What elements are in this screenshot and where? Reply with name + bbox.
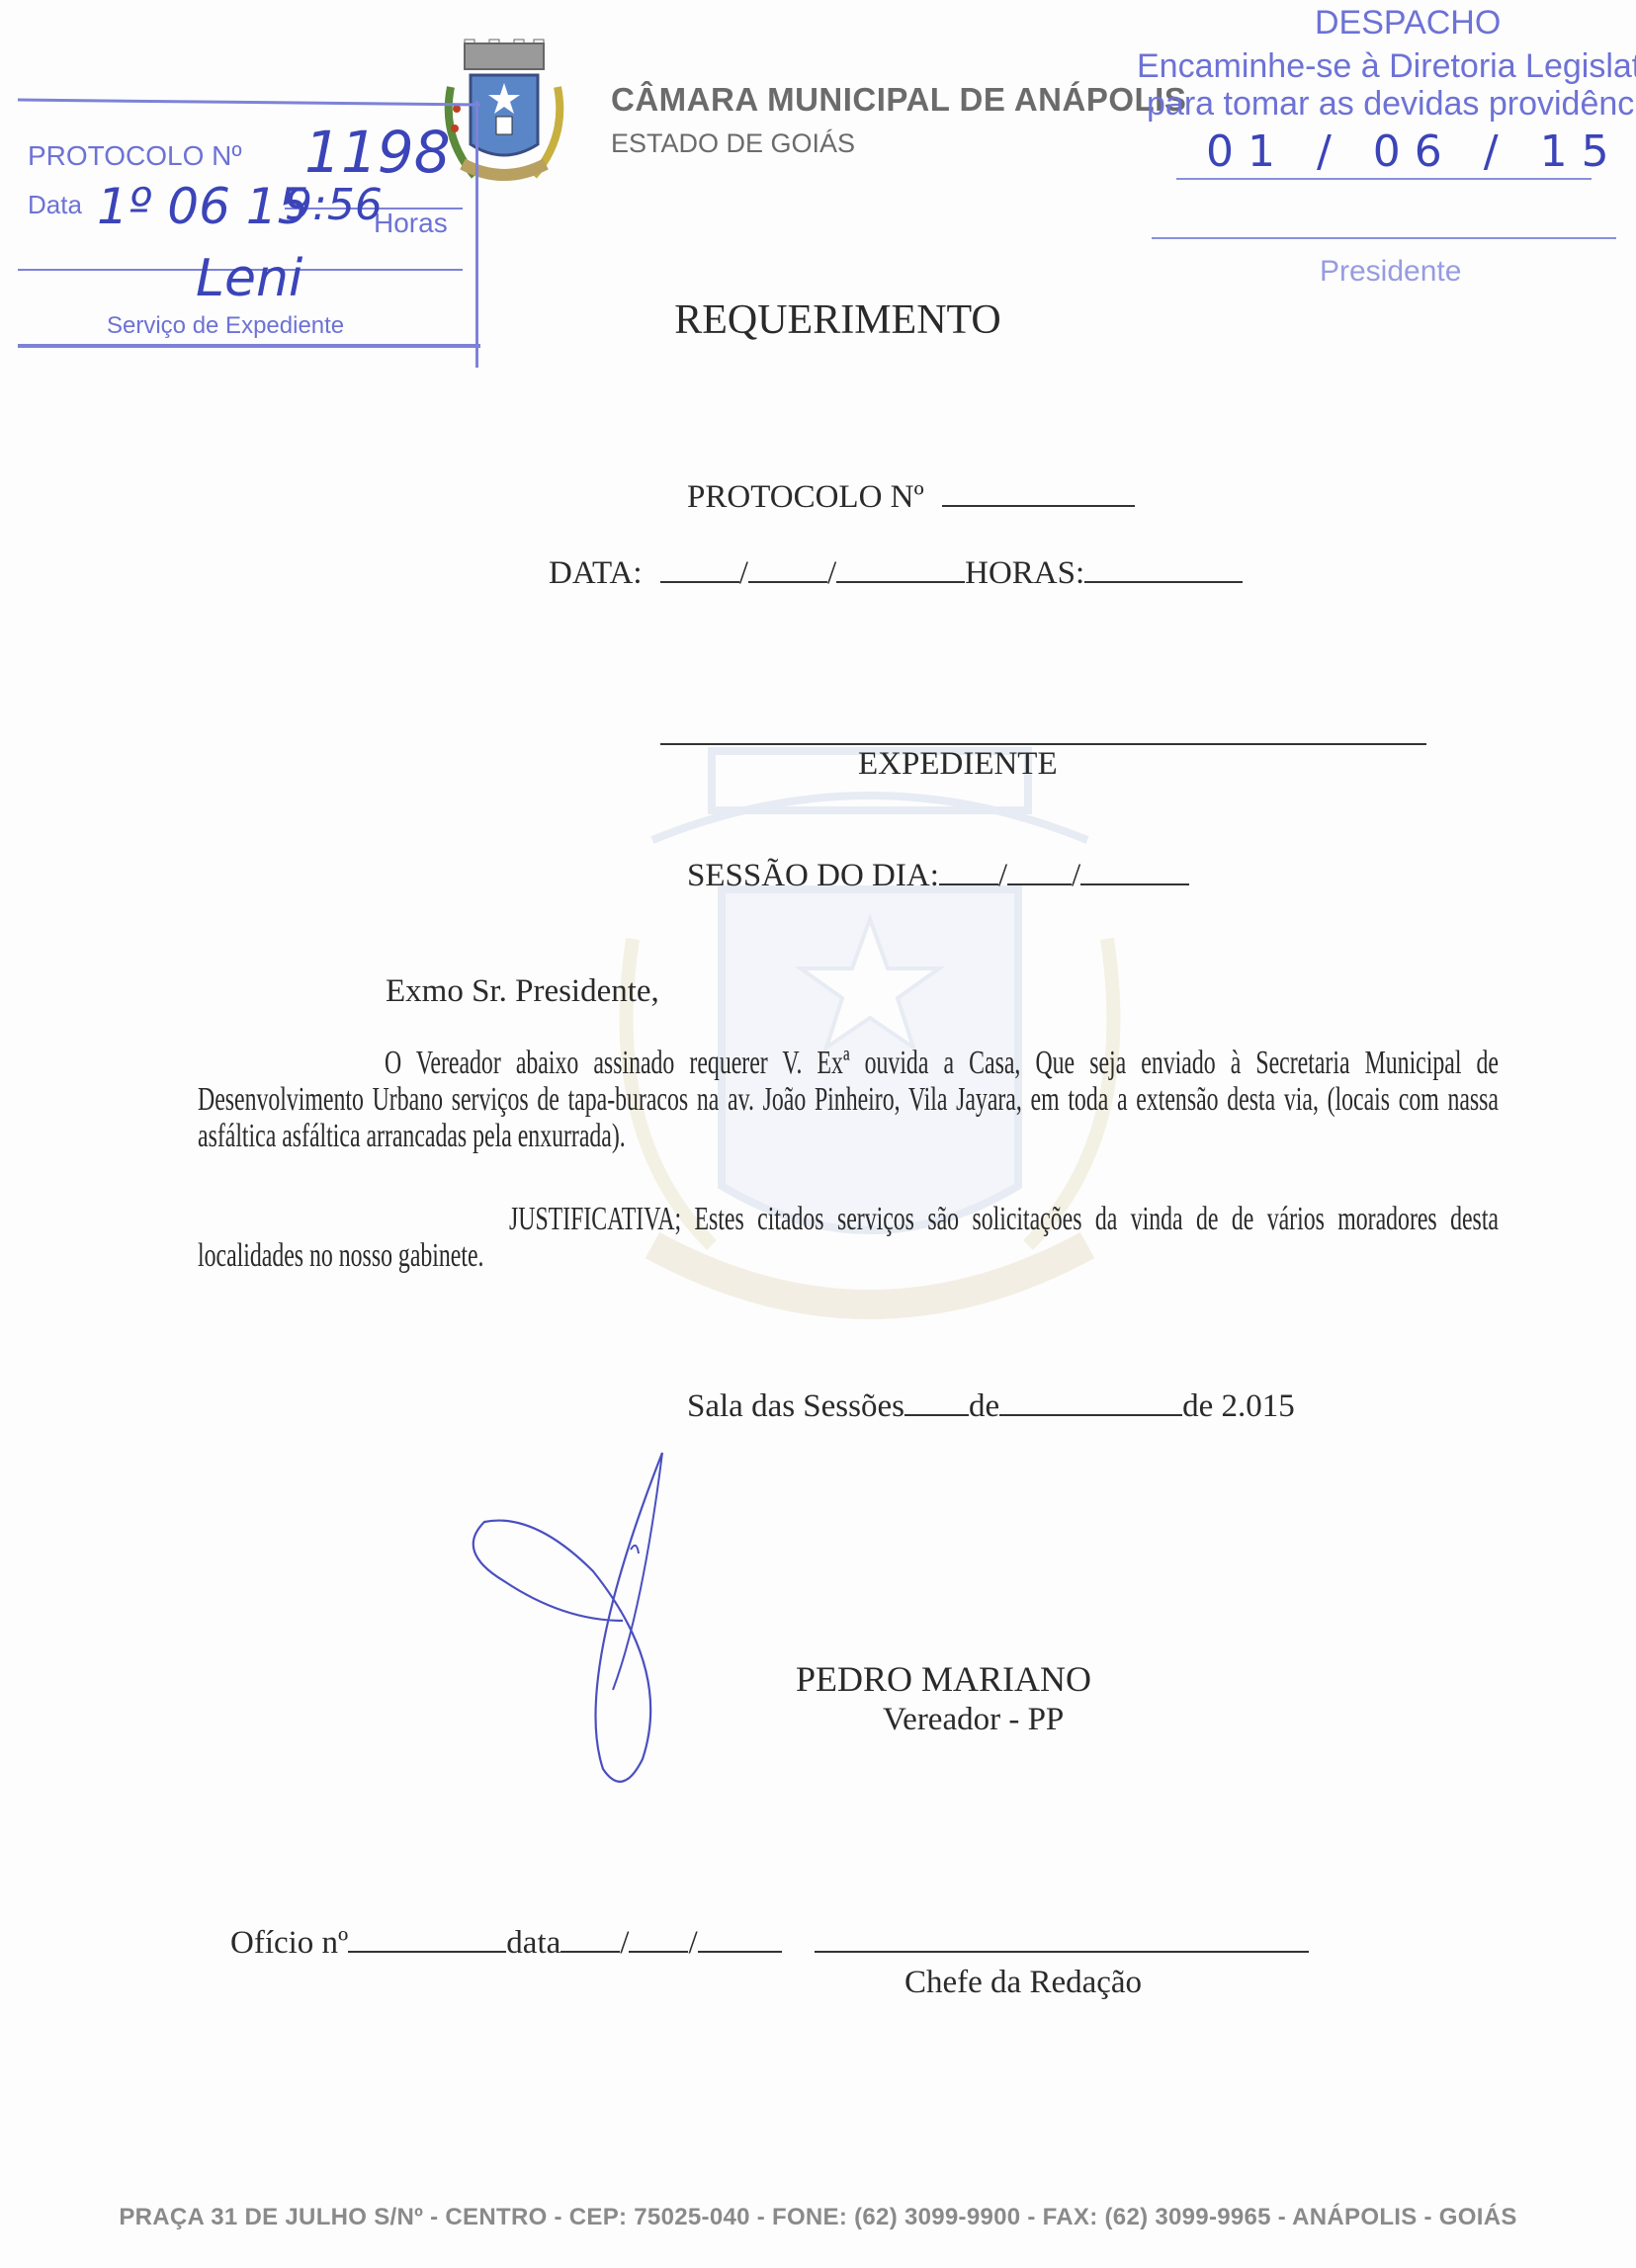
dispatch-stamp: DESPACHO Encaminhe-se à Diretoria Legisl… bbox=[1137, 0, 1636, 296]
dispatch-signature-label: Presidente bbox=[1320, 255, 1461, 289]
justification-paragraph: JUSTIFICATIVA; Estes citados serviços sã… bbox=[198, 1201, 1499, 1274]
expediente-divider bbox=[660, 743, 1426, 745]
oficio-data-label: data bbox=[506, 1925, 560, 1961]
body-paragraph: O Vereador abaixo assinado requerer V. E… bbox=[198, 1045, 1499, 1154]
sala-de: de bbox=[969, 1388, 999, 1424]
protocolo-label: PROTOCOLO Nº bbox=[687, 479, 924, 515]
signer-role: Vereador - PP bbox=[883, 1702, 1064, 1738]
sala-year: de 2.015 bbox=[1182, 1388, 1295, 1424]
horas-label: HORAS: bbox=[965, 555, 1084, 591]
greeting: Exmo Sr. Presidente, bbox=[386, 973, 659, 1010]
protocolo-blank bbox=[942, 504, 1135, 507]
document-title: REQUERIMENTO bbox=[0, 296, 1636, 344]
stamp-protocolo-label: PROTOCOLO Nº bbox=[28, 140, 242, 172]
sessao-field: SESSÃO DO DIA:// bbox=[687, 858, 1189, 894]
stamp-horas-label: Horas bbox=[374, 208, 448, 239]
oficio-line: Ofício nºdata// bbox=[230, 1925, 1309, 1962]
expediente-label: EXPEDIENTE bbox=[858, 746, 1058, 783]
dispatch-line-2: para tomar as devidas providência bbox=[1147, 85, 1636, 124]
handwritten-protocol-time: 9:56 bbox=[285, 180, 383, 230]
handwritten-signature-icon bbox=[465, 1433, 860, 1808]
dispatch-line-1: Encaminhe-se à Diretoria Legislativ bbox=[1137, 47, 1636, 86]
sala-prefix: Sala das Sessões bbox=[687, 1388, 904, 1424]
sala-sessoes-line: Sala das Sessõesdede 2.015 bbox=[687, 1388, 1295, 1425]
signer-name: PEDRO MARIANO bbox=[796, 1658, 1091, 1700]
header-subtitle: ESTADO DE GOIÁS bbox=[611, 128, 855, 159]
handwritten-protocol-date: 1º 06 15 bbox=[97, 178, 308, 235]
data-label: DATA: bbox=[549, 555, 643, 591]
data-field: DATA: //HORAS: bbox=[549, 555, 1243, 592]
footer-address: PRAÇA 31 DE JULHO S/Nº - CENTRO - CEP: 7… bbox=[0, 2204, 1636, 2231]
protocolo-field: PROTOCOLO Nº bbox=[687, 479, 1135, 516]
handwritten-protocol-number: 1198 bbox=[304, 119, 451, 186]
chefe-label: Chefe da Redação bbox=[904, 1965, 1142, 2001]
handwritten-dispatch-date: 01 / 06 / 15 bbox=[1206, 126, 1623, 177]
stamp-data-label: Data bbox=[28, 190, 82, 220]
header-title: CÂMARA MUNICIPAL DE ANÁPOLIS bbox=[611, 81, 1186, 119]
dispatch-title: DESPACHO bbox=[1315, 4, 1501, 42]
sessao-label: SESSÃO DO DIA: bbox=[687, 858, 939, 893]
chefe-signature-blank bbox=[815, 1950, 1309, 1953]
oficio-label: Ofício nº bbox=[230, 1925, 348, 1961]
